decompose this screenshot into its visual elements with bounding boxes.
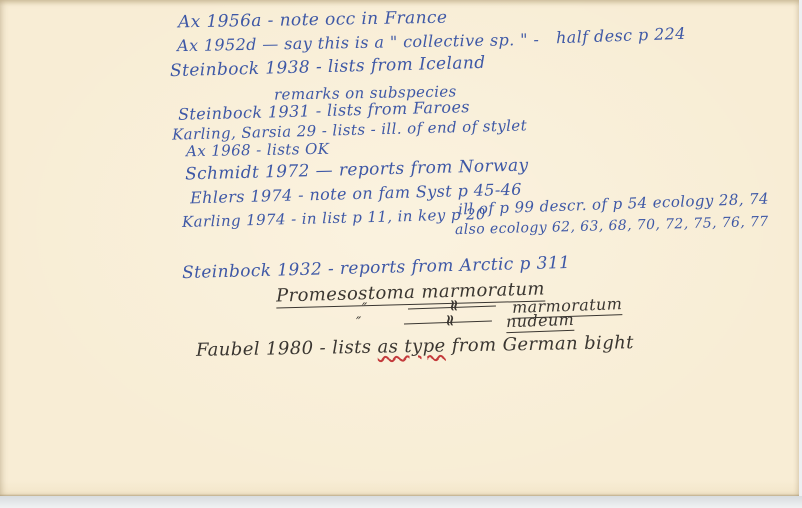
scan-background-strip	[0, 496, 802, 508]
note-line-ax1956a: Ax 1956a - note occ in France	[178, 8, 448, 33]
subspecies-nudeum: nudeum	[506, 310, 575, 331]
note-line-karling1974-also: also ecology 62, 63, 68, 70, 72, 75, 76,…	[455, 214, 769, 238]
note-line-ax1952d: Ax 1952d — say this is a " collective sp…	[177, 30, 539, 55]
species-name-heading: Promesostoma marmoratum	[276, 278, 545, 306]
scanned-index-card: Ax 1956a - note occ in France Ax 1952d —…	[0, 0, 802, 508]
note-line-steinbock1938: Steinbock 1938 - lists from Iceland	[170, 53, 486, 81]
faubel-text-post: from German bight	[445, 332, 634, 356]
index-card: Ax 1956a - note occ in France Ax 1952d —…	[0, 0, 799, 496]
species-ditto-squiggle: ≈	[441, 314, 460, 327]
note-line-ax1968: Ax 1968 - lists OK	[186, 140, 330, 160]
genus-ditto-mark: ″	[356, 315, 361, 331]
as-type-red-underlined: as type	[377, 335, 445, 357]
genus-ditto-mark: ″	[362, 301, 367, 317]
note-line-ax1952d-note: half desc p 224	[556, 24, 686, 48]
species-ditto-squiggle: ≈	[445, 299, 464, 312]
note-line-karling1974: Karling 1974 - in list p 11, in key p 20	[182, 205, 486, 231]
note-line-faubel1980: Faubel 1980 - lists as type from German …	[196, 332, 634, 361]
species-name-underlined: Promesostoma marmoratum	[276, 278, 545, 308]
faubel-text-pre: Faubel 1980 - lists	[196, 337, 378, 361]
